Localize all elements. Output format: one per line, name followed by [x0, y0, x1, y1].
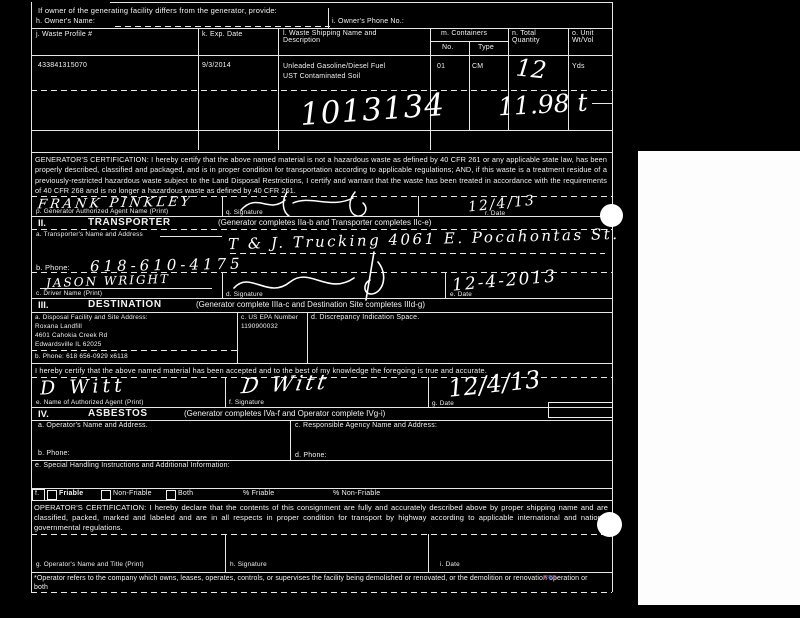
grid-line [225, 377, 226, 407]
destination-agent-label: e. Name of Authorized Agent (Print) [36, 399, 144, 406]
total-quantity-handwritten: 11.98 t [497, 88, 588, 122]
section-iii-title: DESTINATION [88, 299, 162, 310]
manifest-number-handwritten: 1013134 [299, 87, 446, 133]
containers-no-value: 01 [437, 63, 445, 70]
operator-phone-label: b. Phone: [38, 450, 70, 457]
transporter-phone-label: b. Phone: [36, 263, 70, 272]
non-friable-label: Non-Friable [113, 490, 152, 497]
grid-line [31, 500, 612, 501]
hole-punch-top [600, 204, 623, 227]
disposal-facility-label: a. Disposal Facility and Site Address: [35, 314, 148, 321]
col-containers-type: Type [478, 44, 494, 51]
owner-name-label: h. Owner's Name: [36, 18, 95, 25]
destination-agent-name-handwritten: D Witt [40, 375, 127, 400]
operator-address-label: a. Operator's Name and Address. [38, 422, 148, 429]
section-ii-note: (Generator completes IIa-b and Transport… [218, 218, 431, 227]
grid-line [115, 26, 330, 27]
agency-address-label: c. Responsible Agency Name and Address: [295, 422, 437, 429]
col-total-quantity: n. Total Quantity [512, 30, 558, 44]
pct-non-friable-label: % Non-Friable [333, 490, 380, 497]
grid-line [278, 28, 279, 150]
grid-line [222, 196, 223, 216]
grid-line [307, 312, 308, 363]
destination-signature-handwritten: D Witt [240, 370, 331, 398]
grid-line [445, 272, 446, 298]
both-label: Both [178, 490, 193, 497]
section-iv-note: (Generator completes IVa-f and Operator … [184, 409, 385, 418]
grid-line [31, 488, 612, 489]
section-iii-number: III. [38, 300, 49, 311]
grid-line [428, 377, 429, 407]
operator-footnote: *Operator refers to the company which ow… [34, 574, 594, 592]
non-friable-checkbox[interactable] [101, 490, 111, 500]
destination-phone: b. Phone: 618 656-0929 x6118 [35, 353, 128, 360]
f-prefix: f. [35, 490, 39, 497]
doc-top-border [110, 2, 612, 3]
grid-line [31, 592, 612, 593]
grid-line [31, 312, 612, 313]
col-unit-wtvol: o. Unit Wt/Vol [572, 30, 606, 44]
grid-line [328, 8, 329, 28]
section-ii-title: TRANSPORTER [88, 217, 171, 228]
grid-line [225, 534, 226, 572]
col-waste-profile: j. Waste Profile # [36, 31, 92, 38]
quantity-handwritten: 12 [515, 53, 548, 84]
owner-phone-label: i. Owner's Phone No.: [332, 18, 404, 25]
grid-line [31, 28, 612, 29]
grid-line [31, 420, 612, 421]
grid-line [31, 350, 237, 351]
operator-signature-label: h. Signature [230, 561, 267, 568]
grid-line [290, 420, 291, 460]
shipping-name-value: Unleaded Gasoline/Diesel Fuel UST Contam… [283, 62, 385, 81]
transporter-address-label: a. Transporter's Name and Address [36, 231, 143, 238]
containers-type-value: CM [472, 63, 483, 70]
col-containers-no: No. [442, 44, 454, 51]
driver-name-label: c. Driver Name (Print) [36, 290, 102, 297]
grid-line [592, 103, 612, 104]
grid-line [469, 41, 470, 130]
waste-profile-value: 433841315070 [38, 62, 87, 69]
facility-name: Roxana Landfill [35, 323, 82, 330]
friable-checkbox[interactable] [47, 490, 57, 500]
col-exp-date: k. Exp. Date [202, 31, 243, 38]
grid-line [222, 272, 223, 298]
grid-line [40, 288, 212, 289]
grid-line [160, 236, 222, 237]
grid-line [31, 572, 612, 573]
transporter-signature-label: d. Signature [226, 291, 263, 298]
unit-value: Yds [572, 63, 585, 70]
transporter-date-label: e. Date [450, 291, 472, 298]
generator-name-label: p. Generator Authorized Agent Name (Prin… [36, 208, 168, 215]
destination-signature-label: f. Signature [229, 399, 264, 406]
grid-line [430, 41, 508, 42]
scan-page-edge [638, 151, 800, 605]
grid-line [237, 312, 238, 363]
section-iii-note: (Generator complete IIIa-c and Destinati… [196, 300, 425, 309]
grid-line [31, 363, 612, 364]
facility-address-2: Edwardsville IL 62025 [35, 341, 102, 348]
both-checkbox[interactable] [166, 490, 176, 500]
epa-number-label: c. US EPA Number [241, 314, 298, 321]
section-iv-title: ASBESTOS [88, 408, 148, 419]
exp-date-value: 9/3/2014 [202, 62, 231, 69]
grid-line [31, 152, 612, 153]
special-handling-label: e. Special Handling Instructions and Add… [35, 462, 230, 469]
grid-line [31, 460, 612, 461]
discrepancy-label: d. Discrepancy Indication Space. [311, 314, 419, 321]
grid-line [418, 196, 419, 216]
destination-date-label: g. Date [432, 400, 454, 407]
facility-address-1: 4601 Cahokia Creek Rd [35, 332, 107, 339]
operator-name-label: g. Operator's Name and Title (Print) [36, 561, 144, 568]
section-iv-number: IV. [38, 409, 49, 420]
grid-line [428, 534, 429, 572]
doc-right-border [612, 2, 613, 592]
col-containers: m. Containers [441, 30, 487, 37]
owner-provide-note: If owner of the generating facility diff… [38, 6, 277, 15]
generator-signature-label: q. Signature [226, 209, 263, 216]
agency-phone-label: d. Phone: [295, 452, 327, 459]
scan-mark: R03 [544, 575, 557, 581]
hole-punch-bottom [597, 512, 622, 537]
epa-number-value: 1190900032 [241, 323, 278, 330]
grid-line [31, 534, 612, 535]
operator-certification-text: OPERATOR'S CERTIFICATION: I hereby decla… [34, 503, 608, 532]
friable-label: Friable [59, 490, 83, 497]
section-ii-number: II. [38, 218, 46, 229]
scanned-waste-manifest: If owner of the generating facility diff… [0, 0, 800, 618]
pct-friable-label: % Friable [243, 490, 274, 497]
col-shipping-name: l. Waste Shipping Name and Description [283, 30, 415, 44]
operator-date-label: i. Date [440, 561, 460, 568]
grid-line [198, 28, 199, 150]
corner-box [548, 402, 613, 418]
